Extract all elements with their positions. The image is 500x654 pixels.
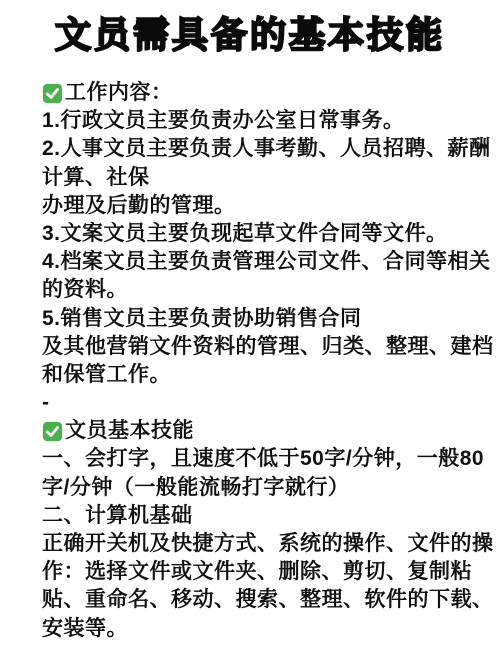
section-header-work-content: 工作内容：: [42, 79, 466, 107]
text-line: 3.文案文员主要负现起草文件合同等文件。: [42, 220, 466, 248]
text-line: 4.档案文员主要负责管理公司文件、合同等相关: [42, 248, 466, 276]
text-line: 作：选择文件或文件夹、删除、剪切、复制粘: [42, 558, 466, 586]
text-line: 5.销售文员主要负责协助销售合同: [42, 305, 466, 333]
text-line: 二、计算机基础: [42, 502, 466, 530]
text-line: 2.人事文员主要负责人事考勤、人员招聘、薪酬: [42, 135, 466, 163]
text-line: 字/分钟（一般能流畅打字就行）: [42, 474, 466, 502]
text-line: 及其他营销文件资料的管理、归类、整理、建档: [42, 333, 466, 361]
text-line: 的资料。: [42, 276, 466, 304]
text-line: 1.行政文员主要负责办公室日常事务。: [42, 107, 466, 135]
dash-separator: -: [42, 389, 466, 417]
text-line: 正确开关机及快捷方式、系统的操作、文件的操: [42, 530, 466, 558]
text-line: 计算、社保: [42, 164, 466, 192]
text-line: 贴、重命名、移动、搜索、整理、软件的下载、: [42, 586, 466, 614]
text-line: 一、会打字，且速度不低于50字/分钟，一般80: [42, 445, 466, 473]
poster-page: 文员需具备的基本技能 工作内容： 1.行政文员主要负责办公室日常事务。 2.人事…: [0, 0, 500, 654]
green-check-icon: [42, 421, 63, 442]
text-line: 办理及后勤的管理。: [42, 192, 466, 220]
section-header-label: 工作内容：: [65, 79, 173, 107]
page-title: 文员需具备的基本技能: [18, 11, 482, 59]
content: 工作内容： 1.行政文员主要负责办公室日常事务。 2.人事文员主要负责人事考勤、…: [0, 59, 500, 643]
section-header-basic-skills: 文员基本技能: [42, 417, 466, 445]
green-check-icon: [42, 83, 63, 104]
section-header-label: 文员基本技能: [65, 417, 194, 445]
text-line: 和保管工作。: [42, 361, 466, 389]
text-line: 安装等。: [42, 615, 466, 643]
